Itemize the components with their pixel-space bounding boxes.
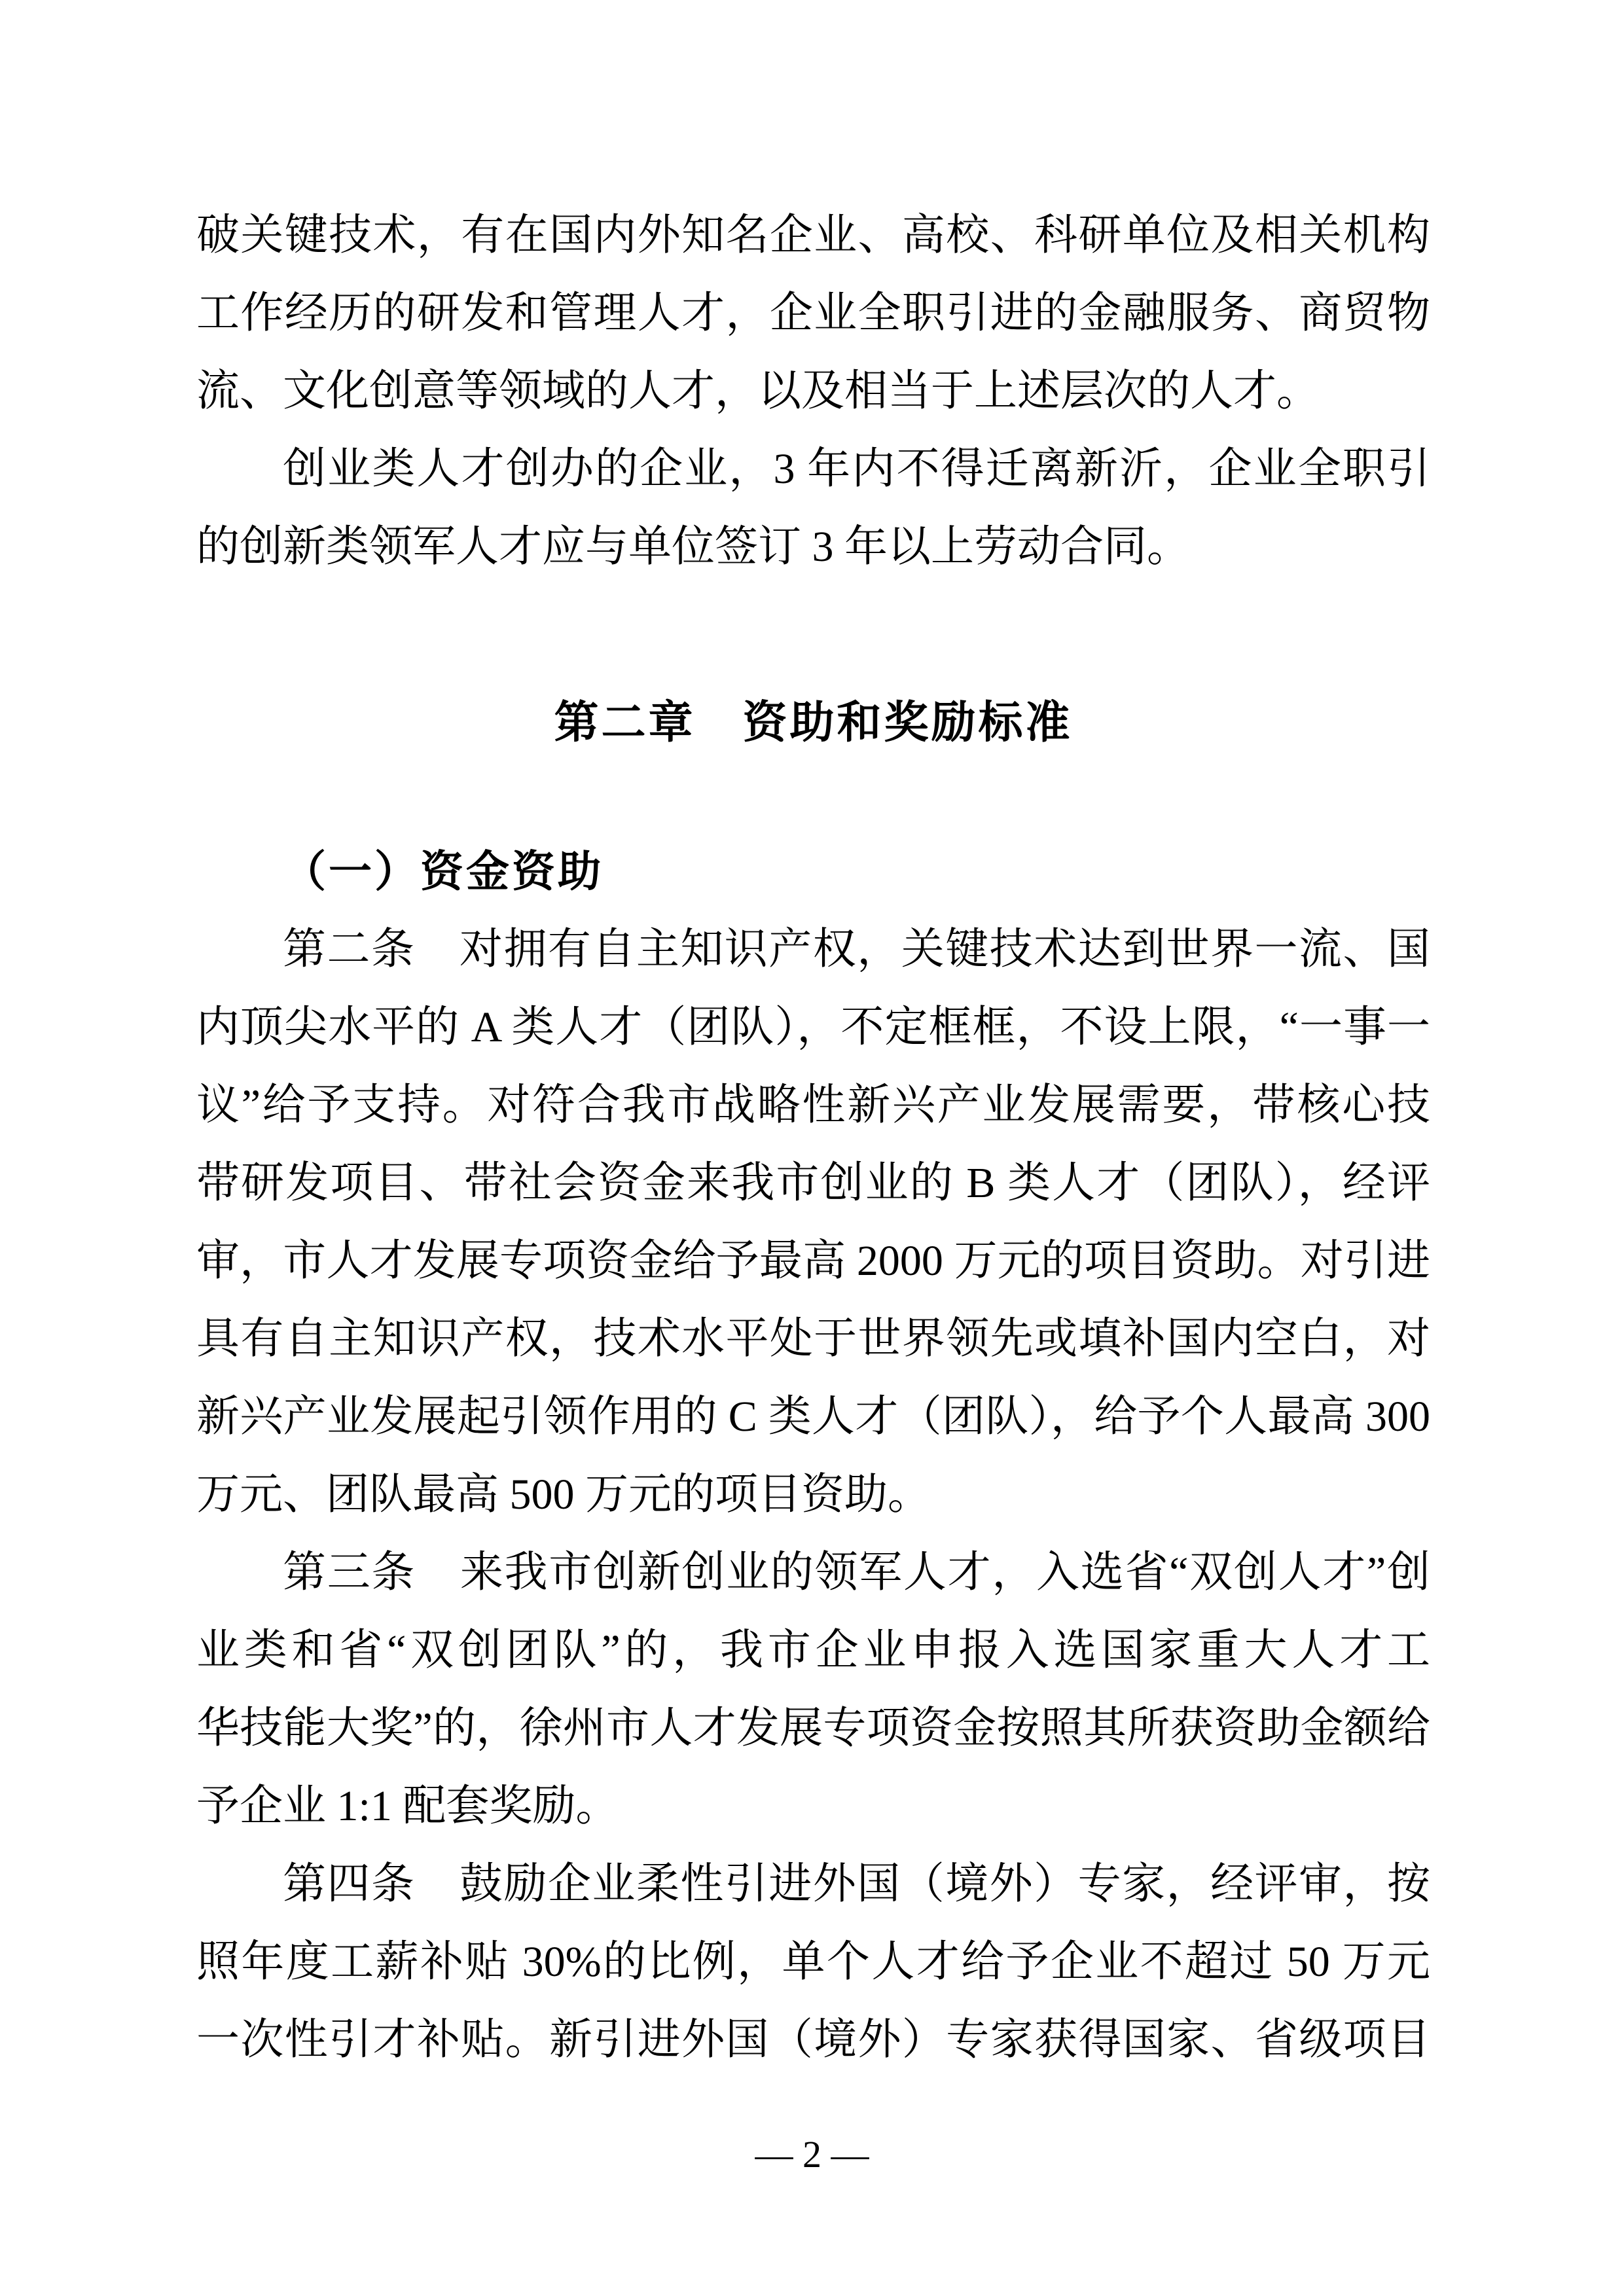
paragraph: 创业类人才创办的企业，3 年内不得迁离新沂，企业全职引进的创新类领军人才应与单位… bbox=[196, 430, 1430, 586]
text-line: 照年度工薪补贴 30%的比例，单个人才给予企业不超过 50 万元的 bbox=[196, 1923, 1430, 2001]
text-line: 予企业 1:1 配套奖励。 bbox=[196, 1767, 1430, 1845]
text-line: 新兴产业发展起引领作用的 C 类人才（团队），给予个人最高 300 bbox=[196, 1378, 1430, 1456]
text-line: 华技能大奖”的，徐州市人才发展专项资金按照其所获资助金额给 bbox=[196, 1689, 1430, 1767]
page-number: — 2 — bbox=[0, 2115, 1624, 2193]
text-line: 的创新类领军人才应与单位签订 3 年以上劳动合同。 bbox=[196, 508, 1430, 586]
chapter-heading: 第二章 资助和奖励标准 bbox=[196, 684, 1430, 762]
section-heading: （一）资金资助 bbox=[196, 833, 1430, 910]
text-line: 第四条 鼓励企业柔性引进外国（境外）专家，经评审，按 bbox=[196, 1845, 1430, 1923]
document-content: 破关键技术，有在国内外知名企业、高校、科研单位及相关机构工作经历的研发和管理人才… bbox=[196, 196, 1430, 2079]
text-line: 带研发项目、带社会资金来我市创业的 B 类人才（团队），经评 bbox=[196, 1144, 1430, 1222]
text-line: 一次性引才补贴。新引进外国（境外）专家获得国家、省级项目 bbox=[196, 2001, 1430, 2079]
paragraph: 第二条 对拥有自主知识产权，关键技术达到世界一流、国内顶尖水平的 A 类人才（团… bbox=[196, 910, 1430, 1534]
text-line: 业类和省“双创团队”的，我市企业申报入选国家重大人才工程、“中 bbox=[196, 1611, 1430, 1689]
paragraph: 第三条 来我市创新创业的领军人才，入选省“双创人才”创业类和省“双创团队”的，我… bbox=[196, 1534, 1430, 1845]
text-line: 议”给予支持。对符合我市战略性新兴产业发展需要，带核心技术、 bbox=[196, 1066, 1430, 1144]
text-line: 具有自主知识产权，技术水平处于世界领先或填补国内空白，对 bbox=[196, 1300, 1430, 1378]
text-line: 第二条 对拥有自主知识产权，关键技术达到世界一流、国 bbox=[196, 910, 1430, 988]
text-line: 第三条 来我市创新创业的领军人才，入选省“双创人才”创 bbox=[196, 1534, 1430, 1611]
text-line: 审，市人才发展专项资金给予最高 2000 万元的项目资助。对引进 bbox=[196, 1222, 1430, 1300]
text-line: 万元、团队最高 500 万元的项目资助。 bbox=[196, 1456, 1430, 1534]
paragraph: 破关键技术，有在国内外知名企业、高校、科研单位及相关机构工作经历的研发和管理人才… bbox=[196, 196, 1430, 430]
paragraph: 第四条 鼓励企业柔性引进外国（境外）专家，经评审，按照年度工薪补贴 30%的比例… bbox=[196, 1845, 1430, 2079]
text-line: 流、文化创意等领域的人才，以及相当于上述层次的人才。 bbox=[196, 352, 1430, 430]
document-page: 破关键技术，有在国内外知名企业、高校、科研单位及相关机构工作经历的研发和管理人才… bbox=[0, 0, 1624, 2296]
text-line: 内顶尖水平的 A 类人才（团队），不定框框，不设上限，“一事一 bbox=[196, 988, 1430, 1066]
text-line: 工作经历的研发和管理人才，企业全职引进的金融服务、商贸物 bbox=[196, 274, 1430, 352]
text-line: 创业类人才创办的企业，3 年内不得迁离新沂，企业全职引进 bbox=[196, 430, 1430, 508]
text-line: 破关键技术，有在国内外知名企业、高校、科研单位及相关机构 bbox=[196, 196, 1430, 274]
